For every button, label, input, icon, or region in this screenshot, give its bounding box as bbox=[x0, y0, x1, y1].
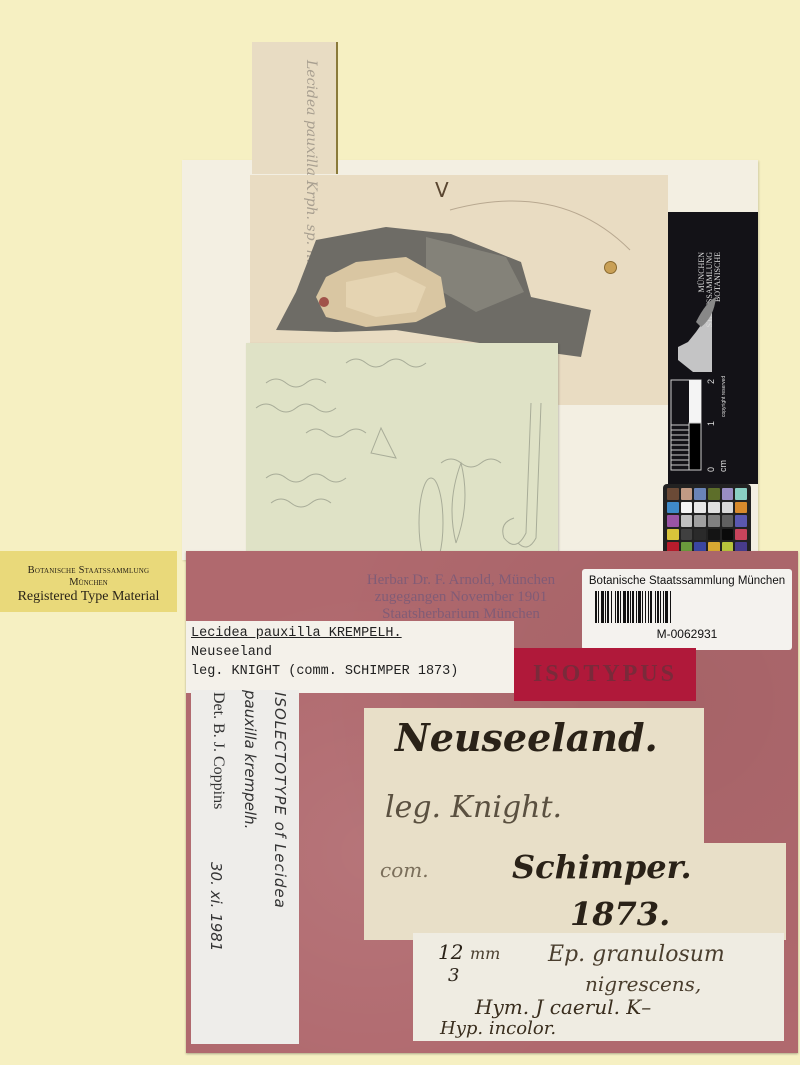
hand-line1: Neuseeland. bbox=[395, 715, 658, 760]
lichen-specimen bbox=[276, 222, 592, 360]
color-calibration-chart bbox=[663, 484, 751, 558]
color-swatch bbox=[735, 502, 747, 514]
color-swatch bbox=[735, 488, 747, 500]
stamp-line1: Herbar Dr. F. Arnold, München bbox=[330, 572, 592, 589]
svg-text:copyright reserved: copyright reserved bbox=[721, 376, 727, 417]
note-line4: Hyp. incolor. bbox=[440, 1018, 556, 1039]
determination-slip: ISOLECTOTYPE of Lecidea pauxilla krempel… bbox=[191, 690, 299, 1044]
color-swatch bbox=[694, 502, 706, 514]
species-name: Lecidea pauxilla KREMPELH. bbox=[191, 624, 509, 643]
note-line3: Hym. J caerul. K– bbox=[475, 995, 651, 1019]
scale-bar: BOTANISCHE STAATSSAMMLUNG MÜNCHEN 0 1 2 … bbox=[668, 212, 758, 484]
catalog-number: M-0062931 bbox=[582, 627, 792, 641]
svg-text:MÜNCHEN: MÜNCHEN bbox=[697, 252, 706, 293]
pencil-sketch-card bbox=[246, 343, 558, 571]
color-swatch bbox=[681, 529, 693, 541]
collector: leg. KNIGHT (comm. SCHIMPER 1873) bbox=[191, 662, 509, 681]
hand-line3a: com. bbox=[380, 858, 429, 882]
glue-spot bbox=[604, 261, 617, 274]
color-swatch bbox=[735, 529, 747, 541]
det-determiner: Det. B. J. Coppins bbox=[209, 692, 227, 809]
registered-label-line3: Registered Type Material bbox=[0, 589, 177, 605]
svg-text:2: 2 bbox=[706, 379, 716, 384]
barcode-title: Botanische Staatssammlung München bbox=[582, 575, 792, 587]
note-line1: Ep. granulosum bbox=[548, 942, 725, 967]
herbarium-stamp: Herbar Dr. F. Arnold, München zugegangen… bbox=[330, 572, 592, 623]
color-swatch bbox=[667, 488, 679, 500]
color-swatch bbox=[708, 529, 720, 541]
barcode bbox=[595, 591, 779, 623]
barcode-label: Botanische Staatssammlung München M-0062… bbox=[582, 569, 792, 650]
svg-text:1: 1 bbox=[706, 421, 716, 426]
svg-text:cm: cm bbox=[718, 460, 728, 472]
det-line2: pauxilla krempelh. bbox=[241, 690, 259, 829]
color-swatch bbox=[708, 515, 720, 527]
det-line1: ISOLECTOTYPE of Lecidea bbox=[271, 692, 289, 909]
color-swatch bbox=[667, 502, 679, 514]
color-swatch bbox=[694, 529, 706, 541]
note-fraction-num: 12 bbox=[438, 940, 463, 964]
color-swatch bbox=[722, 488, 734, 500]
locality: Neuseeland bbox=[191, 643, 509, 662]
hand-line2: leg. Knight. bbox=[385, 790, 562, 825]
color-swatch bbox=[694, 488, 706, 500]
note-line2: nigrescens, bbox=[585, 972, 701, 996]
note-unit: mm bbox=[470, 944, 500, 963]
color-swatch bbox=[681, 488, 693, 500]
color-swatch bbox=[708, 488, 720, 500]
registered-label-line2: München bbox=[0, 577, 177, 588]
scale-bar-graphic: BOTANISCHE STAATSSAMMLUNG MÜNCHEN 0 1 2 … bbox=[668, 212, 758, 484]
note-fraction-den: 3 bbox=[448, 965, 459, 986]
color-swatch bbox=[722, 529, 734, 541]
registered-label-line1: Botanische Staatssammlung bbox=[0, 565, 177, 576]
color-swatch bbox=[681, 502, 693, 514]
isotypus-label: ISOTYPUS bbox=[514, 648, 696, 701]
stamp-line2: zugegangen November 1901 bbox=[330, 589, 592, 606]
color-swatch bbox=[681, 515, 693, 527]
typed-species-label: Lecidea pauxilla KREMPELH. Neuseeland le… bbox=[186, 621, 514, 693]
color-swatch bbox=[722, 502, 734, 514]
color-swatch bbox=[667, 515, 679, 527]
color-swatch bbox=[694, 515, 706, 527]
hand-line3b: Schimper. bbox=[512, 848, 692, 886]
hand-line4: 1873. bbox=[570, 895, 670, 933]
color-swatch bbox=[722, 515, 734, 527]
color-swatch bbox=[708, 502, 720, 514]
svg-text:0: 0 bbox=[706, 467, 716, 472]
pencil-sketch-drawing bbox=[246, 343, 558, 571]
color-swatch bbox=[735, 515, 747, 527]
handwritten-label-extension bbox=[700, 843, 786, 940]
institution-text-1: BOTANISCHE bbox=[713, 252, 722, 302]
color-swatch bbox=[667, 529, 679, 541]
det-date: 30. xi. 1981 bbox=[207, 862, 225, 951]
registered-type-label: Botanische Staatssammlung München Regist… bbox=[0, 551, 177, 612]
